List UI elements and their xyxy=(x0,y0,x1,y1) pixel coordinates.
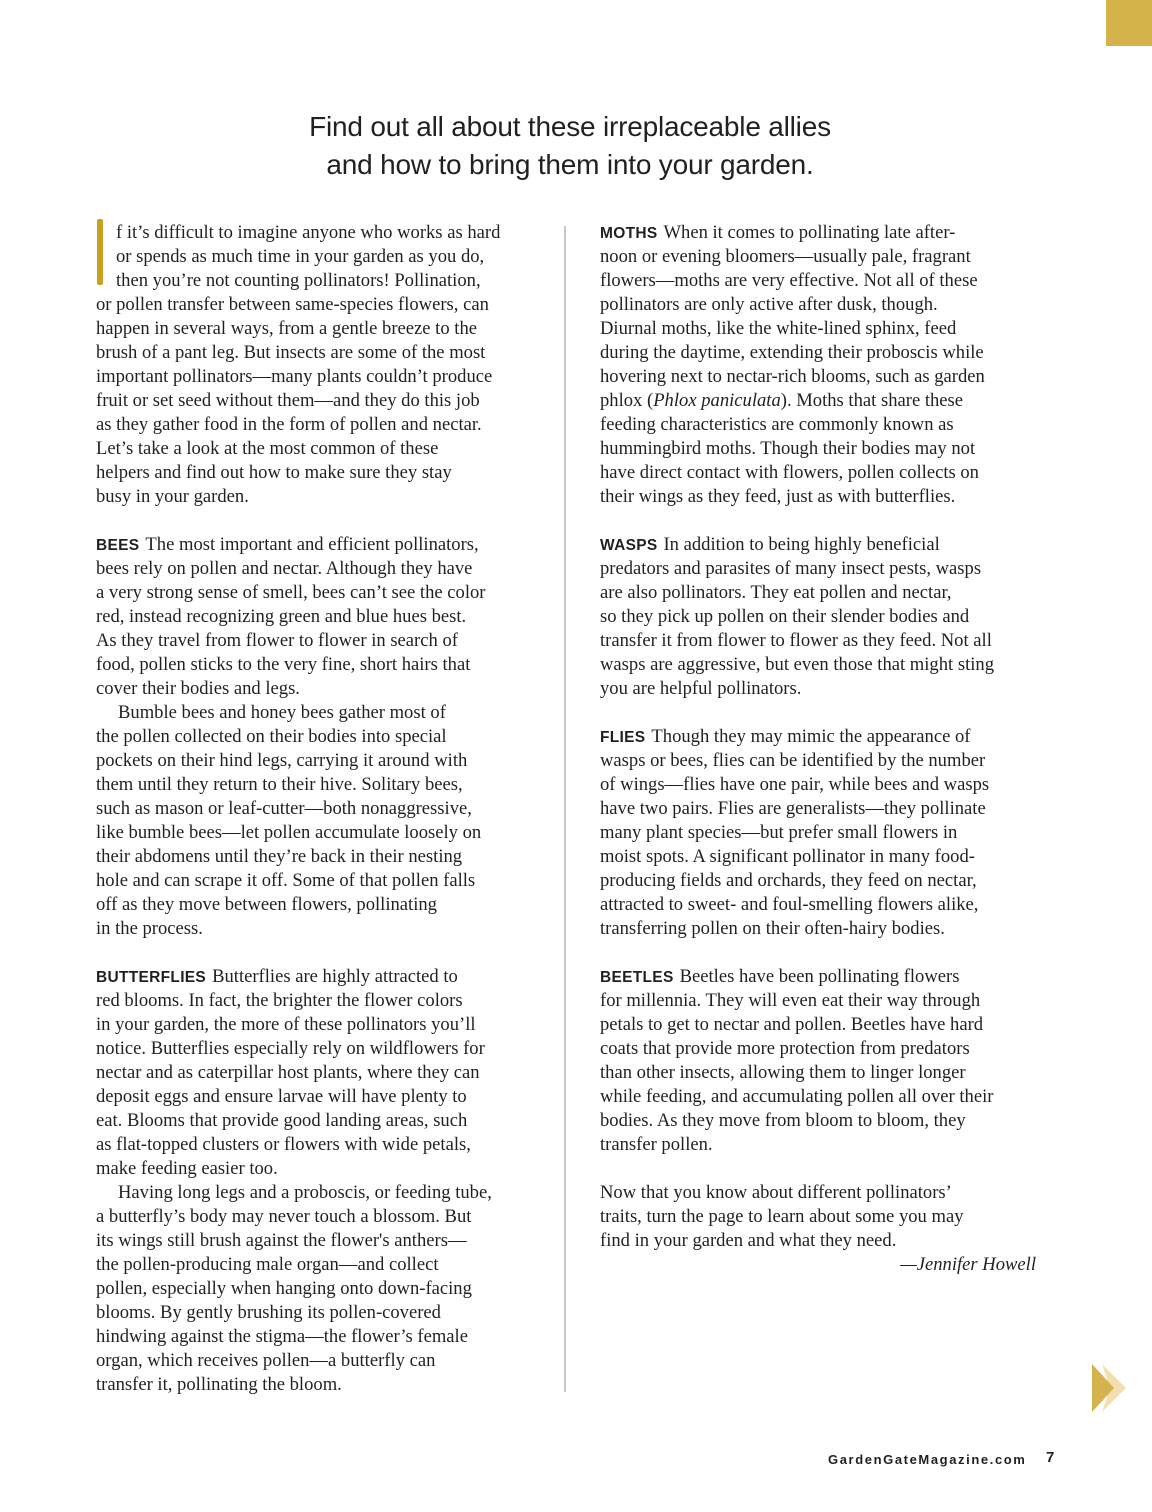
text-line: hovering next to nectar-rich blooms, suc… xyxy=(600,365,1036,389)
text-line: petals to get to nectar and pollen. Beet… xyxy=(600,1013,1036,1037)
text-line: the pollen collected on their bodies int… xyxy=(96,725,536,749)
section-beetles: BEETLESBeetles have been pollinating flo… xyxy=(600,965,1036,1157)
text-line: eat. Blooms that provide good landing ar… xyxy=(96,1109,536,1133)
text-line: you are helpful pollinators. xyxy=(600,677,1036,701)
text-line: As they travel from flower to flower in … xyxy=(96,629,536,653)
text-line: while feeding, and accumulating pollen a… xyxy=(600,1085,1036,1109)
text-line: brush of a pant leg. But insects are som… xyxy=(96,341,536,365)
left-column: f it’s difficult to imagine anyone who w… xyxy=(96,221,536,1397)
text-line: bees rely on pollen and nectar. Although… xyxy=(96,557,536,581)
text-line: wasps or bees, flies can be identified b… xyxy=(600,749,1036,773)
text-line: Having long legs and a proboscis, or fee… xyxy=(96,1181,536,1205)
text-line: their abdomens until they’re back in the… xyxy=(96,845,536,869)
section-bees: BEESThe most important and efficient pol… xyxy=(96,533,536,941)
text-line: busy in your garden. xyxy=(96,485,536,509)
text-line: during the daytime, extending their prob… xyxy=(600,341,1036,365)
text-line: make feeding easier too. xyxy=(96,1157,536,1181)
text-line: coats that provide more protection from … xyxy=(600,1037,1036,1061)
text-line: phlox (Phlox paniculata). Moths that sha… xyxy=(600,389,1036,413)
text-line: hole and can scrape it off. Some of that… xyxy=(96,869,536,893)
text-line: wasps are aggressive, but even those tha… xyxy=(600,653,1036,677)
text-line: or pollen transfer between same-species … xyxy=(96,293,536,317)
text-line: the pollen-producing male organ—and coll… xyxy=(96,1253,536,1277)
section-flies: FLIESThough they may mimic the appearanc… xyxy=(600,725,1036,941)
text-line: hindwing against the stigma—the flower’s… xyxy=(96,1325,536,1349)
deck-line-1: Find out all about these irreplaceable a… xyxy=(240,108,900,146)
text-line: then you’re not counting pollinators! Po… xyxy=(96,269,536,293)
text-line: red, instead recognizing green and blue … xyxy=(96,605,536,629)
text-line: The most important and efficient pollina… xyxy=(145,534,478,555)
text-line: like bumble bees—let pollen accumulate l… xyxy=(96,821,536,845)
text-line: off as they move between flowers, pollin… xyxy=(96,893,536,917)
intro-paragraph: f it’s difficult to imagine anyone who w… xyxy=(96,221,536,509)
text-line: them until they return to their hive. So… xyxy=(96,773,536,797)
text-line: When it comes to pollinating late after- xyxy=(663,222,955,243)
text-line: nectar and as caterpillar host plants, w… xyxy=(96,1061,536,1085)
section-wasps: WASPSIn addition to being highly benefic… xyxy=(600,533,1036,701)
text-line: Diurnal moths, like the white-lined sphi… xyxy=(600,317,1036,341)
section-label-butterflies: BUTTERFLIES xyxy=(96,969,206,986)
text-line: their wings as they feed, just as with b… xyxy=(600,485,1036,509)
text-line: such as mason or leaf-cutter—both nonagg… xyxy=(96,797,536,821)
closing-paragraph: Now that you know about different pollin… xyxy=(600,1181,1036,1277)
text-line: feeding characteristics are commonly kno… xyxy=(600,413,1036,437)
text-line: Butterflies are highly attracted to xyxy=(212,966,458,987)
page-number: 7 xyxy=(1046,1449,1054,1466)
text-line: in the process. xyxy=(96,917,536,941)
text-line: f it’s difficult to imagine anyone who w… xyxy=(96,221,536,245)
section-label-bees: BEES xyxy=(96,537,139,554)
text-line: moist spots. A significant pollinator in… xyxy=(600,845,1036,869)
text-line: Now that you know about different pollin… xyxy=(600,1181,1036,1205)
corner-color-tab xyxy=(1106,0,1152,46)
deck-line-2: and how to bring them into your garden. xyxy=(240,146,900,184)
text-line: pollen, especially when hanging onto dow… xyxy=(96,1277,536,1301)
footer-website: GardenGateMagazine.com xyxy=(828,1452,1026,1467)
text-line: have two pairs. Flies are generalists—th… xyxy=(600,797,1036,821)
text-line: so they pick up pollen on their slender … xyxy=(600,605,1036,629)
text-line: Beetles have been pollinating flowers xyxy=(680,966,960,987)
text-line: predators and parasites of many insect p… xyxy=(600,557,1036,581)
section-label-wasps: WASPS xyxy=(600,537,657,554)
section-label-beetles: BEETLES xyxy=(600,969,674,986)
text-line: blooms. By gently brushing its pollen-co… xyxy=(96,1301,536,1325)
text-line: than other insects, allowing them to lin… xyxy=(600,1061,1036,1085)
text-line: fruit or set seed without them—and they … xyxy=(96,389,536,413)
text-line: or spends as much time in your garden as… xyxy=(96,245,536,269)
text-line: organ, which receives pollen—a butterfly… xyxy=(96,1349,536,1373)
text-line: food, pollen sticks to the very fine, sh… xyxy=(96,653,536,677)
latin-name: Phlox paniculata xyxy=(653,390,781,411)
text-line: noon or evening bloomers—usually pale, f… xyxy=(600,245,1036,269)
text-line: transfer pollen. xyxy=(600,1133,1036,1157)
text-line: find in your garden and what they need. xyxy=(600,1229,1036,1253)
text-line: happen in several ways, from a gentle br… xyxy=(96,317,536,341)
text-line: flowers—moths are very effective. Not al… xyxy=(600,269,1036,293)
text-line: red blooms. In fact, the brighter the fl… xyxy=(96,989,536,1013)
text-line: producing fields and orchards, they feed… xyxy=(600,869,1036,893)
text-line: cover their bodies and legs. xyxy=(96,677,536,701)
text-line: have direct contact with flowers, pollen… xyxy=(600,461,1036,485)
section-butterflies: BUTTERFLIESButterflies are highly attrac… xyxy=(96,965,536,1397)
text-line: as they gather food in the form of polle… xyxy=(96,413,536,437)
text-line: a butterfly’s body may never touch a blo… xyxy=(96,1205,536,1229)
text-line: as flat-topped clusters or flowers with … xyxy=(96,1133,536,1157)
text-line: pollinators are only active after dusk, … xyxy=(600,293,1036,317)
section-label-flies: FLIES xyxy=(600,729,645,746)
author-byline: —Jennifer Howell xyxy=(600,1253,1036,1277)
text-run: ). Moths that share these xyxy=(781,390,963,411)
text-line: In addition to being highly beneficial xyxy=(663,534,939,555)
section-label-moths: MOTHS xyxy=(600,225,657,242)
text-line: are also pollinators. They eat pollen an… xyxy=(600,581,1036,605)
column-divider xyxy=(564,226,566,1392)
text-line: in your garden, the more of these pollin… xyxy=(96,1013,536,1037)
text-line: Though they may mimic the appearance of xyxy=(651,726,970,747)
right-column: MOTHSWhen it comes to pollinating late a… xyxy=(600,221,1036,1277)
text-line: deposit eggs and ensure larvae will have… xyxy=(96,1085,536,1109)
section-moths: MOTHSWhen it comes to pollinating late a… xyxy=(600,221,1036,509)
double-chevron-right-icon[interactable] xyxy=(1090,1360,1126,1416)
text-run: phlox ( xyxy=(600,390,653,411)
article-deck: Find out all about these irreplaceable a… xyxy=(240,108,900,184)
text-line: transfer it from flower to flower as the… xyxy=(600,629,1036,653)
text-line: hummingbird moths. Though their bodies m… xyxy=(600,437,1036,461)
text-line: of wings—flies have one pair, while bees… xyxy=(600,773,1036,797)
text-line: transferring pollen on their often-hairy… xyxy=(600,917,1036,941)
text-line: Bumble bees and honey bees gather most o… xyxy=(96,701,536,725)
text-line: important pollinators—many plants couldn… xyxy=(96,365,536,389)
text-line: bodies. As they move from bloom to bloom… xyxy=(600,1109,1036,1133)
text-line: attracted to sweet- and foul-smelling fl… xyxy=(600,893,1036,917)
text-line: transfer it, pollinating the bloom. xyxy=(96,1373,536,1397)
text-line: notice. Butterflies especially rely on w… xyxy=(96,1037,536,1061)
text-line: helpers and find out how to make sure th… xyxy=(96,461,536,485)
text-line: Let’s take a look at the most common of … xyxy=(96,437,536,461)
text-line: traits, turn the page to learn about som… xyxy=(600,1205,1036,1229)
text-line: pockets on their hind legs, carrying it … xyxy=(96,749,536,773)
text-line: a very strong sense of smell, bees can’t… xyxy=(96,581,536,605)
text-line: for millennia. They will even eat their … xyxy=(600,989,1036,1013)
text-line: many plant species—but prefer small flow… xyxy=(600,821,1036,845)
text-line: its wings still brush against the flower… xyxy=(96,1229,536,1253)
